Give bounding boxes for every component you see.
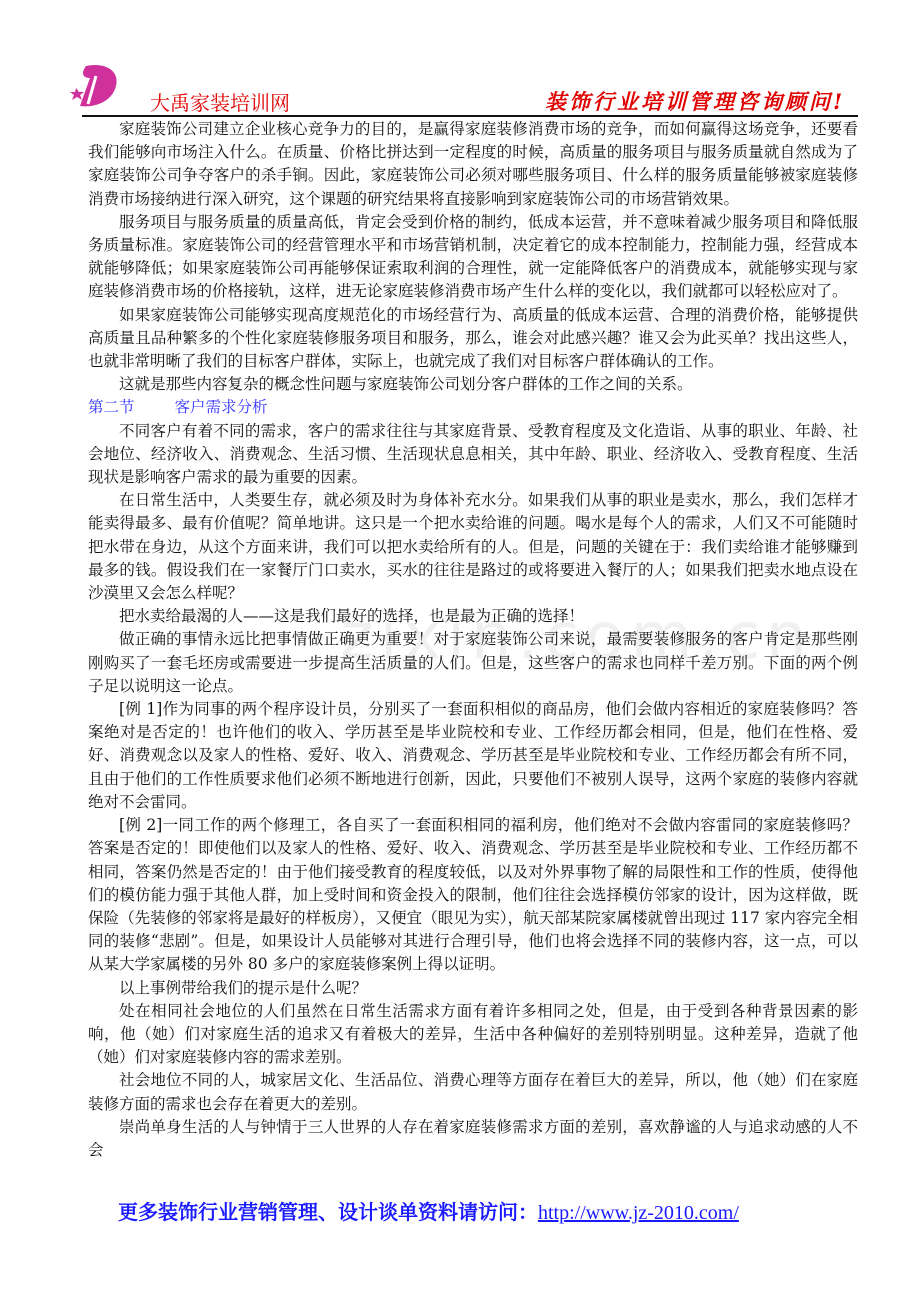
footer-text: 更多装饰行业营销管理、设计谈单资料请访问：	[118, 1200, 538, 1224]
paragraph: 社会地位不同的人，城家居文化、生活品位、消费心理等方面存在着巨大的差异，所以，他…	[88, 1069, 858, 1115]
slogan: 装饰行业培训管理咨询顾问!	[545, 86, 845, 116]
site-name: 大禹家装培训网	[150, 87, 290, 116]
paragraph: 这就是那些内容复杂的概念性问题与家庭装饰公司划分客户群体的工作之间的关系。	[88, 373, 858, 396]
footer-link[interactable]: http://www.jz-2010.com/	[538, 1202, 739, 1224]
paragraph: 家庭装饰公司建立企业核心竞争力的目的，是赢得家庭装修消费市场的竞争，而如何赢得这…	[88, 118, 858, 211]
paragraph: 把水卖给最渴的人——这是我们最好的选择，也是最为正确的选择！	[88, 605, 858, 628]
paragraph: 处在相同社会地位的人们虽然在日常生活需求方面有着许多相同之处，但是，由于受到各种…	[88, 1000, 858, 1070]
section-title: 客户需求分析	[175, 398, 268, 416]
paragraph: 以上事例带给我们的提示是什么呢？	[88, 977, 858, 1000]
section-number: 第二节	[88, 398, 135, 416]
paragraph: 如果家庭装饰公司能够实现高度规范化的市场经营行为、高质量的低成本运营、合理的消费…	[88, 304, 858, 374]
document-body: 家庭装饰公司建立企业核心竞争力的目的，是赢得家庭装修消费市场的竞争，而如何赢得这…	[88, 118, 858, 1162]
logo-icon	[68, 62, 120, 108]
paragraph: 在日常生活中，人类要生存，就必须及时为身体补充水分。如果我们从事的职业是卖水，那…	[88, 489, 858, 605]
paragraph: 做正确的事情永远比把事情做正确更为重要！对于家庭装饰公司来说，最需要装修服务的客…	[88, 628, 858, 698]
page-header: 大禹家装培训网 装饰行业培训管理咨询顾问!	[0, 0, 920, 116]
page-footer: 更多装饰行业营销管理、设计谈单资料请访问：http://www.jz-2010.…	[118, 1196, 739, 1225]
paragraph: 不同客户有着不同的需求，客户的需求往往与其家庭背景、受教育程度及文化造诣、从事的…	[88, 420, 858, 490]
paragraph-example-1: [例 1]作为同事的两个程序设计员，分别买了一套面积相似的商品房，他们会做内容相…	[88, 698, 858, 814]
header-divider	[82, 115, 858, 117]
paragraph: 服务项目与服务质量的质量高低，肯定会受到价格的制约，低成本运营，并不意味着减少服…	[88, 211, 858, 304]
paragraph: 崇尚单身生活的人与钟情于三人世界的人存在着家庭装修需求方面的差别，喜欢静谧的人与…	[88, 1116, 858, 1162]
section-heading: 第二节客户需求分析	[88, 396, 858, 419]
paragraph-example-2: [例 2]一同工作的两个修理工，各自买了一套面积相同的福利房，他们绝对不会做内容…	[88, 814, 858, 976]
